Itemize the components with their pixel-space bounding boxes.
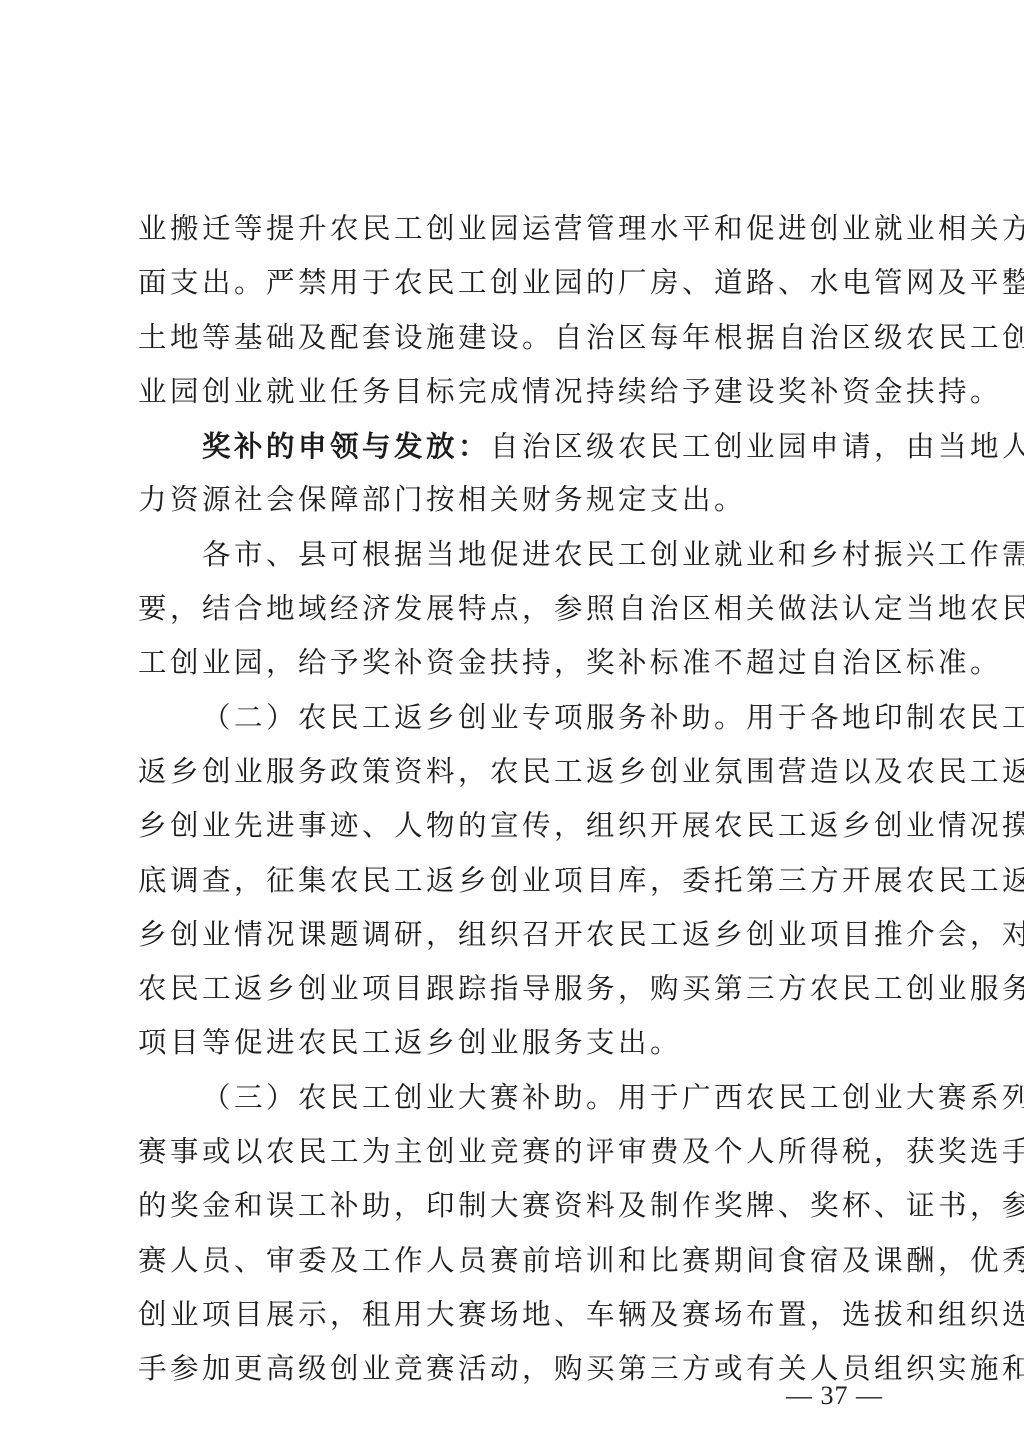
text-line: 业园创业就业任务目标完成情况持续给予建设奖补资金扶持。 (138, 365, 908, 419)
text-line: 底调查，征集农民工返乡创业项目库，委托第三方开展农民工返 (138, 854, 908, 908)
text-line: 要，结合地域经济发展特点，参照自治区相关做法认定当地农民 (138, 582, 908, 636)
section-heading-line: （二）农民工返乡创业专项服务补助。用于各地印制农民工 (138, 691, 908, 745)
text-line: 各市、县可根据当地促进农民工创业就业和乡村振兴工作需 (138, 528, 908, 582)
section-heading-line: （三）农民工创业大赛补助。用于广西农民工创业大赛系列 (138, 1071, 908, 1125)
text-line: 农民工返乡创业项目跟踪指导服务，购买第三方农民工创业服务 (138, 962, 908, 1016)
text-line: 业搬迁等提升农民工创业园运营管理水平和促进创业就业相关方 (138, 202, 908, 256)
text-line: 奖补的申领与发放：自治区级农民工创业园申请，由当地人 (138, 419, 908, 473)
body-text: 业搬迁等提升农民工创业园运营管理水平和促进创业就业相关方 面支出。严禁用于农民工… (138, 202, 908, 1397)
text-line: 的奖金和误工补助，印制大赛资料及制作奖牌、奖杯、证书，参 (138, 1179, 908, 1233)
text-line: 乡创业情况课题调研，组织召开农民工返乡创业项目推介会，对 (138, 908, 908, 962)
text-line: 赛人员、审委及工作人员赛前培训和比赛期间食宿及课酬，优秀 (138, 1234, 908, 1288)
text-line: 返乡创业服务政策资料，农民工返乡创业氛围营造以及农民工返 (138, 745, 908, 799)
text-line: 力资源社会保障部门按相关财务规定支出。 (138, 473, 908, 527)
page-number: — 37 — (786, 1381, 883, 1411)
text-run: 自治区级农民工创业园申请，由当地人 (490, 430, 1024, 463)
text-line: 面支出。严禁用于农民工创业园的厂房、道路、水电管网及平整 (138, 256, 908, 310)
text-line: 赛事或以农民工为主创业竞赛的评审费及个人所得税，获奖选手 (138, 1125, 908, 1179)
text-line: 乡创业先进事迹、人物的宣传，组织开展农民工返乡创业情况摸 (138, 799, 908, 853)
document-page: 业搬迁等提升农民工创业园运营管理水平和促进创业就业相关方 面支出。严禁用于农民工… (0, 0, 1024, 1447)
text-line: 土地等基础及配套设施建设。自治区每年根据自治区级农民工创 (138, 311, 908, 365)
bold-heading: 奖补的申领与发放： (202, 429, 490, 463)
text-line: 项目等促进农民工返乡创业服务支出。 (138, 1016, 908, 1070)
text-line: 工创业园，给予奖补资金扶持，奖补标准不超过自治区标准。 (138, 636, 908, 690)
text-line: 创业项目展示，租用大赛场地、车辆及赛场布置，选拔和组织选 (138, 1288, 908, 1342)
